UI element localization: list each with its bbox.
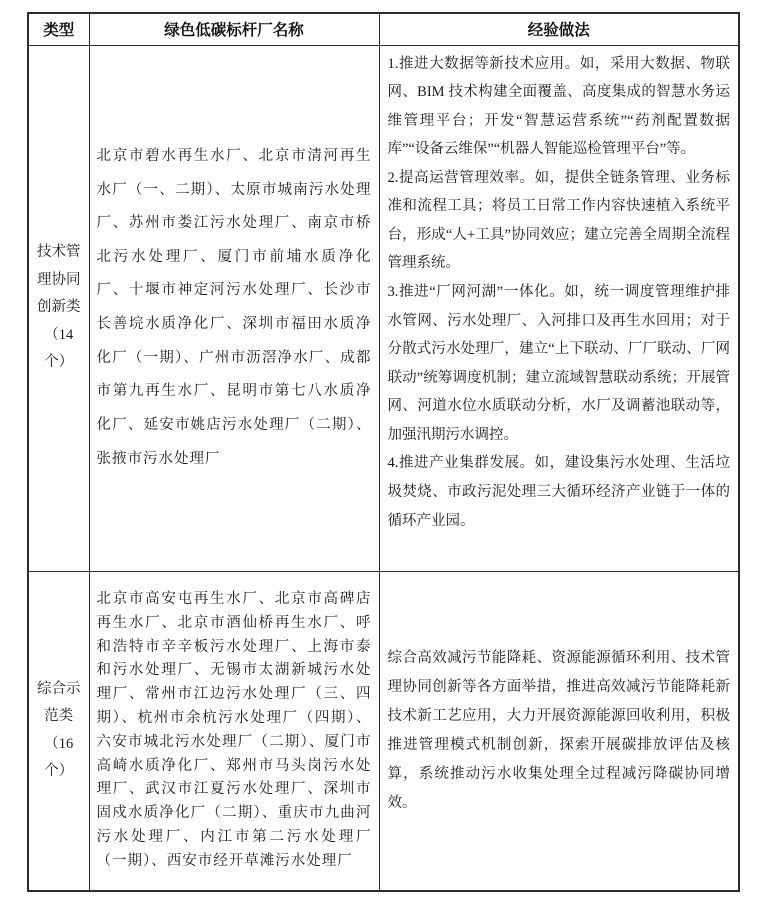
row1-type-label: 技术管理协同创新类（14个） — [36, 239, 82, 377]
benchmark-plants-table: 类型 绿色低碳标杆厂名称 经验做法 技术管理协同创新类（14个） 北京市碧水再生… — [27, 12, 740, 892]
row2-practices-cell: 综合高效减污节能降耗、资源能源循环利用、技术管理协同创新等各方面举措，推进高效减… — [379, 571, 739, 891]
table-header-row: 类型 绿色低碳标杆厂名称 经验做法 — [28, 13, 739, 45]
table-row-tech-innovation: 技术管理协同创新类（14个） 北京市碧水再生水厂、北京市清河再生水厂（一、二期）… — [28, 45, 739, 571]
row1-practice-4: 4.推进产业集群发展。如，建设集污水处理、生活垃圾焚烧、市政污泥处理三大循环经济… — [388, 449, 731, 535]
row2-type-label: 综合示范类（16个） — [36, 676, 82, 786]
header-type: 类型 — [28, 13, 89, 45]
row2-type-cell: 综合示范类（16个） — [28, 571, 89, 891]
row2-plant-names: 北京市高安屯再生水厂、北京市高碑店再生水厂、北京市酒仙桥再生水厂、呼和浩特市辛辛… — [89, 571, 379, 891]
row1-practices-cell: 1.推进大数据等新技术应用。如，采用大数据、物联网、BIM 技术构建全面覆盖、高… — [379, 45, 739, 571]
header-plant-names: 绿色低碳标杆厂名称 — [89, 13, 379, 45]
row1-practice-1: 1.推进大数据等新技术应用。如，采用大数据、物联网、BIM 技术构建全面覆盖、高… — [388, 50, 731, 164]
row1-type-cell: 技术管理协同创新类（14个） — [28, 45, 89, 571]
row2-practice-1: 综合高效减污节能降耗、资源能源循环利用、技术管理协同创新等各方面举措，推进高效减… — [388, 644, 731, 818]
table-row-comprehensive-demo: 综合示范类（16个） 北京市高安屯再生水厂、北京市高碑店再生水厂、北京市酒仙桥再… — [28, 571, 739, 891]
row1-plant-names: 北京市碧水再生水厂、北京市清河再生水厂（一、二期）、太原市城南污水处理厂、苏州市… — [89, 45, 379, 571]
row1-practice-2: 2.提高运营管理效率。如，提供全链条管理、业务标准和流程工具；将员工日常工作内容… — [388, 164, 731, 278]
header-practices: 经验做法 — [379, 13, 739, 45]
row1-practice-3: 3.推进“厂网河湖”一体化。如，统一调度管理维护排水管网、污水处理厂、入河排口及… — [388, 278, 731, 449]
